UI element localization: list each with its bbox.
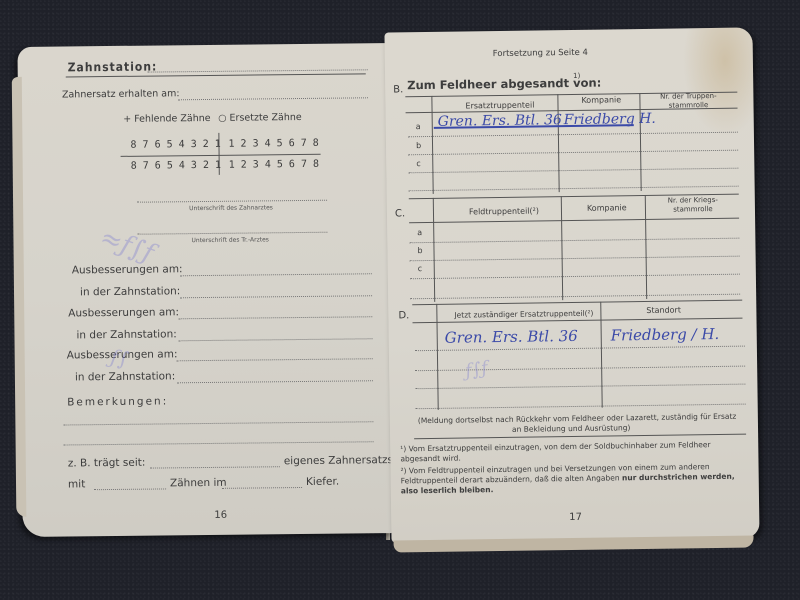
repairs-station-label-3: in der Zahnstation: xyxy=(75,370,175,383)
section-b-row-b-line[interactable] xyxy=(408,150,738,156)
ink-stamp-mark-3: ƒ∫ƒ xyxy=(464,358,490,382)
footnote-rule xyxy=(414,434,746,440)
section-d-row-4-line[interactable] xyxy=(416,404,746,410)
section-d-top-rule xyxy=(412,300,742,306)
section-d-row-1-unit[interactable]: Gren. Ers. Btl. 36 xyxy=(445,327,578,347)
section-c-col-divider-2 xyxy=(561,196,563,300)
section-c-letter: C. xyxy=(395,208,405,219)
legend-missing-teeth: + Fehlende Zähne xyxy=(123,113,211,125)
continuation-note: Fortsetzung zu Seite 4 xyxy=(493,48,588,59)
footnote-2-line-3: also leserlich bleiben. xyxy=(401,485,494,495)
repairs-station-label-1: in der Zahnstation: xyxy=(80,285,180,298)
footnote-1-line-2: abgesandt wird. xyxy=(400,454,461,464)
troop-doctor-signature-field[interactable] xyxy=(137,232,327,235)
section-b-row-b-key: b xyxy=(416,141,421,150)
section-c-col-roll: Nr. der Kriegs-stammrolle xyxy=(649,196,737,215)
water-stain xyxy=(682,27,754,138)
teeth-count-field[interactable] xyxy=(94,488,166,490)
section-b-col-divider-1 xyxy=(431,96,433,194)
footnote-2-text: Feldtruppenteil derart abzuändern, daß d… xyxy=(401,473,622,485)
dentist-signature-label: Unterschrift des Zahnarztes xyxy=(189,204,273,212)
section-c-row-a-line[interactable] xyxy=(409,238,739,244)
section-d-col-unit: Jetzt zuständiger Ersatztruppenteil(²) xyxy=(454,309,593,320)
dental-station-field[interactable] xyxy=(148,69,368,72)
section-b-col-unit: Ersatztruppenteil xyxy=(465,101,534,111)
section-d-letter: D. xyxy=(398,310,409,321)
section-c-col-company: Kompanie xyxy=(587,203,627,213)
section-b-footnote-ref: 1) xyxy=(573,72,580,80)
section-b-letter: B. xyxy=(393,84,403,95)
jaw-label: Kiefer. xyxy=(306,476,339,488)
section-d-row-3-line[interactable] xyxy=(415,384,745,390)
carries-since-label: z. B. trägt seit: xyxy=(68,457,146,470)
repairs-date-label-1: Ausbesserungen am: xyxy=(72,263,183,276)
section-b-col-divider-2 xyxy=(557,94,559,192)
carries-since-field[interactable] xyxy=(150,466,280,468)
section-b-row-a-key: a xyxy=(416,122,421,131)
section-c-row-extra-line[interactable] xyxy=(410,294,740,300)
repairs-station-field-2[interactable] xyxy=(179,338,373,341)
section-b-col-company: Kompanie xyxy=(581,95,621,105)
page-number-17: 17 xyxy=(569,512,582,523)
soldbuch-open-spread: Zahnstation: Zahnersatz erhalten am: + F… xyxy=(0,0,800,600)
section-b-row-c-key: c xyxy=(416,159,421,168)
ink-stamp-mark: ≈ƒ∫ƒ xyxy=(96,223,157,269)
repairs-station-label-2: in der Zahnstation: xyxy=(76,328,176,341)
section-c-row-a-key: a xyxy=(417,228,422,237)
repairs-date-field-1[interactable] xyxy=(180,273,372,276)
section-c-row-b-key: b xyxy=(417,246,422,255)
section-d-col-divider-1 xyxy=(436,304,438,410)
remarks-field-1[interactable] xyxy=(63,421,373,425)
chart-horizontal-line xyxy=(121,154,321,157)
repairs-date-label-2: Ausbesserungen am: xyxy=(68,306,179,319)
teeth-in-label: Zähnen im xyxy=(170,477,227,490)
section-b-row-extra-line[interactable] xyxy=(409,186,739,192)
section-b-col-divider-3 xyxy=(639,93,641,191)
repairs-date-field-3[interactable] xyxy=(177,358,373,361)
remarks-label: Bemerkungen: xyxy=(67,395,168,408)
section-d-col-location: Standort xyxy=(646,305,681,314)
jaw-field[interactable] xyxy=(222,487,302,489)
page-number-16: 16 xyxy=(214,510,227,521)
footnote-2-emphasis: nur durchstrichen werden, xyxy=(622,472,735,483)
section-c-col-unit: Feldtruppenteil(²) xyxy=(469,206,539,216)
with-label: mit xyxy=(68,478,85,490)
troop-doctor-signature-label: Unterschrift des Tr.-Arztes xyxy=(191,236,268,244)
repairs-station-field-3[interactable] xyxy=(177,380,373,383)
section-d-row-1-location[interactable]: Friedberg / H. xyxy=(611,325,720,345)
section-c-col-divider-3 xyxy=(645,195,647,299)
legend-replaced-teeth: ○ Ersetzte Zähne xyxy=(218,112,302,124)
ink-stamp-mark-2: ƒ∫ xyxy=(109,345,131,372)
section-b-col-roll: Nr. der Truppen-stammrolle xyxy=(643,92,733,111)
page-17: Fortsetzung zu Seite 4 B. Zum Feldheer a… xyxy=(384,27,759,542)
prosthesis-received-label: Zahnersatz erhalten am: xyxy=(62,88,180,100)
dental-station-title: Zahnstation: xyxy=(68,59,158,74)
remarks-field-2[interactable] xyxy=(64,441,374,445)
section-c-row-c-key: c xyxy=(418,264,423,273)
section-b-row-c-line[interactable] xyxy=(408,168,738,174)
page-16: Zahnstation: Zahnersatz erhalten am: + F… xyxy=(17,43,394,537)
section-c-row-c-line[interactable] xyxy=(410,274,740,280)
repairs-date-field-2[interactable] xyxy=(178,316,372,319)
section-c-header-rule xyxy=(409,218,739,224)
teeth-upper-left: 8 7 6 5 4 3 2 1 xyxy=(130,139,220,151)
teeth-upper-right: 1 2 3 4 5 6 7 8 xyxy=(228,138,318,150)
section-d-col-divider-2 xyxy=(600,302,602,408)
prosthesis-received-field[interactable] xyxy=(178,97,368,100)
section-c-col-divider-1 xyxy=(433,198,435,302)
teeth-lower-right: 1 2 3 4 5 6 7 8 xyxy=(229,159,319,171)
footnote-1-line-1: ¹) Vom Ersatztruppenteil einzutragen, vo… xyxy=(400,440,710,453)
section-c-row-b-line[interactable] xyxy=(410,256,740,262)
dentist-signature-field[interactable] xyxy=(137,200,327,203)
teeth-chart: 8 7 6 5 4 3 2 1 1 2 3 4 5 6 7 8 8 7 6 5 … xyxy=(17,43,389,47)
teeth-lower-left: 8 7 6 5 4 3 2 1 xyxy=(131,160,221,172)
notice-line-2: an Bekleidung und Ausrüstung) xyxy=(512,423,630,434)
repairs-station-field-1[interactable] xyxy=(180,295,372,298)
